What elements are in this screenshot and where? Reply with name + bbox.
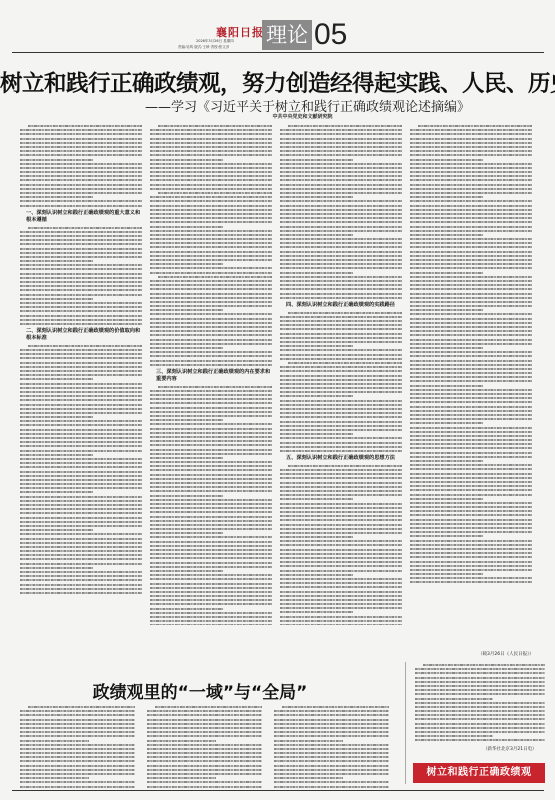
text-line <box>150 402 272 404</box>
text-line <box>280 320 402 322</box>
text-line <box>20 349 142 351</box>
text-line <box>410 234 483 236</box>
text-line <box>280 230 402 232</box>
text-line <box>150 436 272 438</box>
text-line <box>150 167 272 169</box>
second-column-3 <box>274 706 389 796</box>
text-line <box>410 389 532 391</box>
text-line <box>410 535 483 537</box>
text-line <box>20 554 142 556</box>
text-line <box>280 358 402 360</box>
text-line <box>415 698 493 700</box>
text-line <box>20 760 135 762</box>
text-line <box>280 482 402 484</box>
text-line <box>410 309 483 311</box>
text-line <box>410 406 532 408</box>
text-line <box>410 213 532 215</box>
text-line <box>150 595 272 597</box>
text-line <box>280 142 402 144</box>
text-line <box>280 383 402 385</box>
text-line <box>410 238 532 240</box>
source-note-main: （载3月26日《人民日报》） <box>478 651 534 657</box>
text-line <box>280 620 402 622</box>
text-line <box>280 421 402 423</box>
text-line <box>280 370 402 372</box>
text-line <box>20 268 142 270</box>
text-line <box>20 579 142 581</box>
text-line <box>20 558 142 560</box>
text-line <box>20 366 142 368</box>
text-line <box>280 607 402 609</box>
text-line <box>28 227 142 229</box>
text-line <box>274 731 389 733</box>
text-line <box>410 129 532 131</box>
text-line <box>20 383 142 385</box>
text-line <box>147 752 262 754</box>
text-line <box>410 322 532 324</box>
text-line <box>410 439 532 441</box>
text-line <box>280 171 402 173</box>
text-line <box>410 581 532 583</box>
text-line <box>410 326 532 328</box>
text-line <box>280 557 402 559</box>
text-line <box>20 412 142 414</box>
text-line <box>280 400 402 402</box>
text-line <box>20 231 142 233</box>
text-line <box>20 521 142 523</box>
text-line <box>20 781 135 783</box>
text-line <box>280 379 402 381</box>
text-line <box>280 205 402 207</box>
text-line <box>280 129 402 131</box>
bottom-rule <box>12 790 544 791</box>
text-line <box>20 550 142 552</box>
text-line <box>415 739 545 741</box>
text-line <box>280 333 402 335</box>
text-line <box>150 474 272 476</box>
text-line <box>20 466 142 468</box>
text-line <box>423 664 545 666</box>
text-line <box>20 353 142 355</box>
text-line <box>147 756 262 758</box>
section-heading: 四、深刻认识树立和践行正确政绩观的实践路径 <box>280 302 402 309</box>
text-line <box>410 138 532 140</box>
text-line <box>410 519 532 521</box>
text-line <box>410 163 532 165</box>
text-line <box>20 146 142 148</box>
text-line <box>415 718 545 720</box>
text-line <box>20 285 142 287</box>
text-line <box>150 616 272 618</box>
text-line <box>410 305 532 307</box>
text-line <box>20 437 142 439</box>
text-line <box>410 422 483 424</box>
text-line <box>158 192 272 194</box>
text-line <box>415 706 545 708</box>
text-line <box>20 475 142 477</box>
text-line <box>410 414 532 416</box>
text-line <box>20 508 142 510</box>
text-line <box>410 330 532 332</box>
text-line <box>150 339 272 341</box>
text-line <box>147 760 262 762</box>
second-column-1 <box>20 706 135 796</box>
text-line <box>150 570 223 572</box>
text-line <box>20 205 142 207</box>
text-line <box>280 591 402 593</box>
text-line <box>410 301 532 303</box>
text-line <box>20 584 142 586</box>
top-rule <box>12 52 544 53</box>
text-line <box>280 179 402 181</box>
text-line <box>150 612 272 614</box>
text-line <box>280 412 402 414</box>
text-line <box>150 524 272 526</box>
text-line <box>410 464 532 466</box>
text-line <box>20 138 142 140</box>
text-line <box>280 544 402 546</box>
text-line <box>280 138 402 140</box>
section-heading: 一、深刻认识树立和践行正确政绩观的重大意义和根本遵循 <box>20 210 142 224</box>
text-line <box>150 133 272 135</box>
text-line <box>20 719 135 721</box>
text-line <box>20 752 135 754</box>
text-line <box>20 441 142 443</box>
text-line <box>280 536 353 538</box>
text-line <box>410 230 532 232</box>
text-line <box>20 167 142 169</box>
text-line <box>410 485 532 487</box>
text-line <box>410 573 483 575</box>
text-line <box>410 280 532 282</box>
text-line <box>274 727 389 729</box>
text-line <box>280 532 402 534</box>
text-line <box>20 150 142 152</box>
text-line <box>20 298 93 300</box>
text-line <box>410 154 532 156</box>
text-line <box>150 267 272 269</box>
text-line <box>410 435 532 437</box>
text-line <box>410 569 532 571</box>
section-heading: 三、深刻认识树立和践行正确政绩观的内在要求和重要内容 <box>150 369 272 383</box>
text-line <box>150 599 272 601</box>
text-line <box>20 542 142 544</box>
text-line <box>20 525 142 527</box>
text-line <box>410 393 532 395</box>
text-line <box>20 310 142 312</box>
text-line <box>20 538 142 540</box>
text-line <box>410 351 532 353</box>
section-heading: 二、深刻认识树立和践行正确政绩观的价值取向和根本标准 <box>20 328 142 342</box>
text-line <box>274 781 389 783</box>
text-line <box>20 529 93 531</box>
text-line <box>280 429 402 431</box>
text-line <box>20 512 142 514</box>
text-line <box>147 744 262 746</box>
text-line <box>20 420 142 422</box>
text-line <box>410 267 532 269</box>
text-line <box>280 507 402 509</box>
text-line <box>20 277 142 279</box>
text-line <box>150 318 272 320</box>
text-line <box>415 710 545 712</box>
text-line <box>280 433 353 435</box>
text-line <box>410 347 483 349</box>
text-line <box>150 284 272 286</box>
text-line <box>150 444 272 446</box>
text-line <box>150 351 272 353</box>
text-line <box>274 740 343 742</box>
text-line <box>415 672 545 674</box>
text-line <box>280 184 402 186</box>
text-line <box>280 553 402 555</box>
text-line <box>20 200 142 202</box>
text-line <box>150 313 272 315</box>
text-line <box>150 532 223 534</box>
text-line <box>410 498 483 500</box>
text-line <box>274 777 343 779</box>
second-column-2 <box>147 706 262 796</box>
text-line <box>20 567 93 569</box>
text-line <box>20 142 142 144</box>
text-line <box>410 175 532 177</box>
text-line <box>150 230 272 232</box>
text-line <box>280 163 402 165</box>
text-line <box>20 592 142 594</box>
text-line <box>274 714 389 716</box>
text-line <box>20 154 142 156</box>
text-line <box>150 309 223 311</box>
text-line <box>20 714 135 716</box>
text-line <box>20 504 142 506</box>
text-line <box>410 494 532 496</box>
text-line <box>150 415 272 417</box>
text-line <box>150 536 272 538</box>
text-line <box>150 163 272 165</box>
text-line <box>280 167 402 169</box>
text-line <box>280 582 402 584</box>
text-line <box>150 234 272 236</box>
text-line <box>20 395 142 397</box>
text-line <box>410 477 532 479</box>
text-line <box>280 263 402 265</box>
text-line <box>28 345 142 347</box>
text-line <box>410 447 532 449</box>
text-line <box>280 175 402 177</box>
text-line <box>20 188 142 190</box>
text-line <box>280 437 402 439</box>
text-line <box>415 693 545 695</box>
text-line <box>20 323 142 325</box>
text-line <box>280 226 402 228</box>
text-line <box>20 727 135 729</box>
text-line <box>280 366 402 368</box>
text-line <box>150 179 272 181</box>
text-line <box>150 184 272 186</box>
text-line <box>274 773 389 775</box>
text-line <box>20 273 142 275</box>
text-line <box>280 595 402 597</box>
text-line <box>410 355 532 357</box>
text-line <box>20 357 142 359</box>
text-line <box>410 577 532 579</box>
text-line <box>20 374 142 376</box>
text-line <box>280 238 402 240</box>
text-line <box>150 440 272 442</box>
text-line <box>150 129 272 131</box>
text-line <box>150 242 272 244</box>
text-line <box>280 154 402 156</box>
text-line <box>150 188 272 190</box>
text-line <box>415 723 545 725</box>
text-line <box>150 574 272 576</box>
text-line <box>158 276 272 278</box>
text-line <box>20 575 142 577</box>
text-line <box>410 251 532 253</box>
text-line <box>150 305 272 307</box>
text-line <box>150 503 272 505</box>
text-line <box>150 520 272 522</box>
text-line <box>20 175 142 177</box>
text-line <box>410 510 532 512</box>
text-line <box>410 171 532 173</box>
text-line <box>150 516 272 518</box>
text-line <box>410 255 532 257</box>
text-line <box>20 433 142 435</box>
text-line <box>147 769 262 771</box>
text-line <box>280 391 402 393</box>
text-line <box>20 723 135 725</box>
text-line <box>410 246 532 248</box>
text-line <box>20 399 142 401</box>
text-line <box>20 517 142 519</box>
text-line <box>280 416 402 418</box>
text-line <box>280 188 402 190</box>
text-line <box>280 217 402 219</box>
text-line <box>280 246 402 248</box>
text-line <box>410 556 532 558</box>
text-line <box>280 570 402 572</box>
text-line <box>415 714 545 716</box>
text-line <box>150 457 223 459</box>
text-line <box>280 515 402 517</box>
text-line <box>280 599 402 601</box>
text-line <box>410 221 532 223</box>
text-line <box>150 591 272 593</box>
text-line <box>280 324 402 326</box>
text-line <box>150 620 272 622</box>
text-line <box>410 418 532 420</box>
text-line <box>20 196 93 198</box>
text-line <box>150 146 272 148</box>
text-line <box>410 473 532 475</box>
text-line <box>410 380 532 382</box>
text-line <box>274 723 389 725</box>
text-line <box>280 528 402 530</box>
text-line <box>150 297 272 299</box>
text-line <box>150 259 272 261</box>
text-line <box>410 318 532 320</box>
text-line <box>20 387 142 389</box>
text-line <box>150 322 272 324</box>
text-line <box>147 710 262 712</box>
main-headline: 树立和践行正确政绩观，努力创造经得起实践、人民、历史检验的实绩 <box>0 66 555 98</box>
text-line <box>274 752 389 754</box>
text-line <box>20 252 142 254</box>
text-line <box>410 146 532 148</box>
text-line <box>158 386 272 388</box>
text-line <box>150 226 223 228</box>
text-line <box>280 469 402 471</box>
text-line <box>150 301 272 303</box>
text-line <box>280 242 402 244</box>
text-line <box>410 443 532 445</box>
text-line <box>280 519 402 521</box>
text-line <box>20 306 142 308</box>
text-line <box>20 454 93 456</box>
text-line <box>150 213 272 215</box>
text-line <box>410 179 532 181</box>
text-line <box>20 416 93 418</box>
text-line <box>410 339 532 341</box>
text-line <box>280 404 402 406</box>
text-line <box>20 571 142 573</box>
text-line <box>415 689 545 691</box>
text-line <box>410 368 532 370</box>
text-line <box>410 334 532 336</box>
second-headline: 政绩观里的“一域”与“全局” <box>0 678 400 703</box>
text-line <box>150 390 272 392</box>
text-line <box>410 401 532 403</box>
text-line <box>147 765 262 767</box>
source-note-second: （新华社北京3月21日电） <box>483 746 537 752</box>
text-line <box>150 478 272 480</box>
text-line <box>415 702 545 704</box>
text-line <box>288 312 402 314</box>
text-line <box>150 562 272 564</box>
text-line <box>150 360 272 362</box>
text-line <box>20 408 142 410</box>
text-line <box>150 209 272 211</box>
text-line <box>150 154 272 156</box>
text-line <box>150 355 272 357</box>
text-line <box>150 280 272 282</box>
text-line <box>410 460 483 462</box>
text-line <box>147 748 262 750</box>
text-line <box>20 744 135 746</box>
text-line <box>280 578 402 580</box>
text-line <box>280 395 353 397</box>
text-line <box>150 566 272 568</box>
text-line <box>147 714 262 716</box>
text-line <box>150 255 272 257</box>
text-line <box>150 511 272 513</box>
text-line <box>150 449 272 451</box>
text-line <box>280 293 402 295</box>
text-line <box>280 446 402 448</box>
text-line <box>280 234 353 236</box>
text-line <box>280 565 402 567</box>
text-line <box>280 549 402 551</box>
text-line <box>274 744 389 746</box>
text-line <box>280 611 353 613</box>
text-line <box>150 272 272 274</box>
text-line <box>410 209 532 211</box>
text-line <box>20 370 142 372</box>
text-line <box>150 624 272 625</box>
text-line <box>20 765 135 767</box>
text-line <box>410 385 483 387</box>
